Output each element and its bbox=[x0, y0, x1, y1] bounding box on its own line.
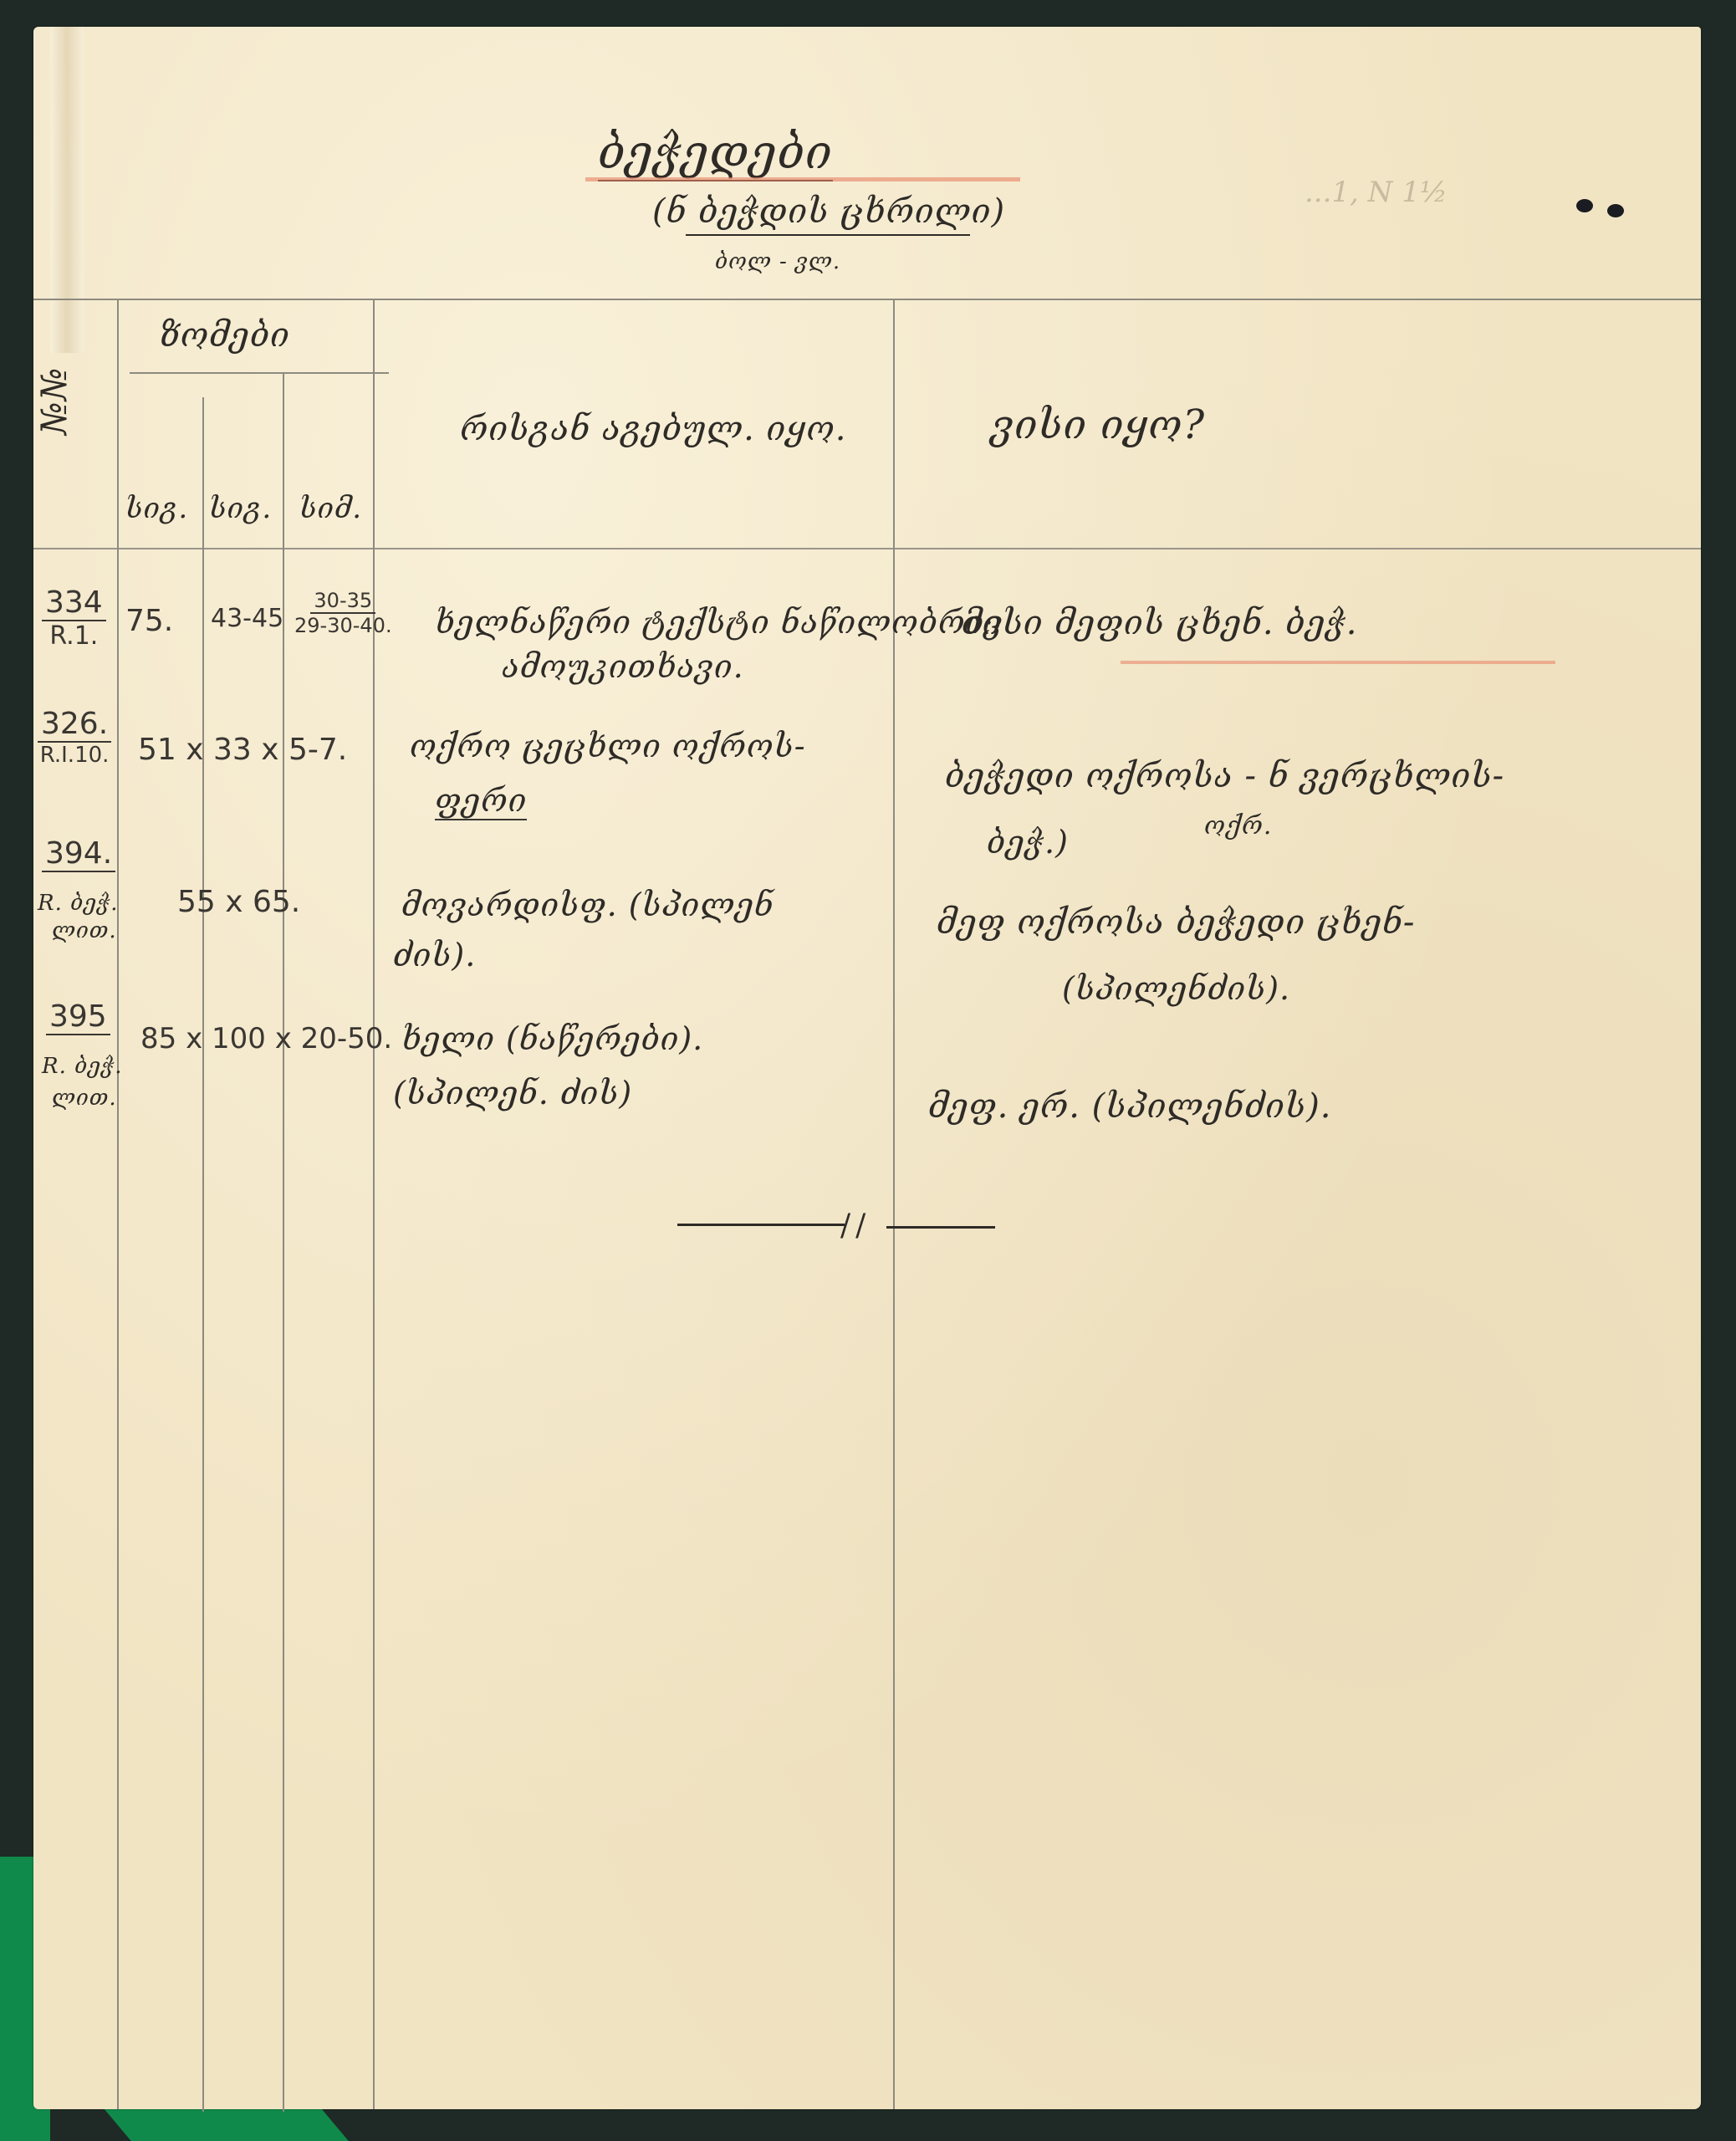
row2-number-bottom: R.I.10. bbox=[40, 743, 110, 768]
row1-dim2: 43-45 bbox=[211, 604, 283, 633]
row1-number: 334 R.1. bbox=[42, 585, 106, 651]
header-dimensions-group: ზომები bbox=[159, 316, 290, 355]
row3-description-line2: ძის). bbox=[393, 937, 476, 973]
row4-number-bottom-1: R. ბეჭ. bbox=[42, 1054, 123, 1079]
row4-number-top: 395 bbox=[46, 999, 110, 1035]
row3-number: 394. bbox=[42, 836, 115, 872]
header-dim-2: სიგ. bbox=[209, 492, 272, 525]
header-number-col: №№ bbox=[33, 367, 74, 436]
row4-number-bottom-2: ლით. bbox=[52, 1086, 117, 1111]
row2-origin-line2: ბეჭ.) bbox=[987, 824, 1069, 861]
row2-description-line1: ოქრო ცეცხლი ოქროს- bbox=[410, 728, 806, 764]
row1-dim3: 30-35 29-30-40. bbox=[294, 589, 392, 637]
row3-origin-line2: (სპილენძის). bbox=[1062, 970, 1290, 1007]
col-rule-dim2 bbox=[283, 372, 284, 2112]
backdrop-green-corner bbox=[103, 2108, 349, 2141]
row1-number-top: 334 bbox=[42, 585, 106, 621]
row3-number-bottom-1: R. ბეჭ. bbox=[38, 891, 119, 916]
row2-dimensions: 51 x 33 x 5-7. bbox=[138, 733, 347, 767]
col-rule-dim1 bbox=[202, 397, 204, 2112]
row4-number: 395 bbox=[46, 999, 110, 1035]
row4-description-line2: (სპილენ. ძის) bbox=[393, 1075, 632, 1111]
header-dim-1: სიგ. bbox=[125, 492, 188, 525]
end-of-list-mark-right bbox=[886, 1226, 995, 1229]
row1-dim3-bottom: 29-30-40. bbox=[294, 614, 392, 637]
row1-origin-red-underline bbox=[1121, 661, 1555, 664]
page-title: ბეჭედები bbox=[598, 125, 833, 181]
ink-dot bbox=[1576, 199, 1593, 212]
col-rule-description bbox=[893, 299, 895, 2109]
header-description-col: რისგან აგებულ. იყო. bbox=[460, 410, 847, 448]
ink-dot bbox=[1607, 204, 1624, 217]
row3-description-line1: მოვარდისფ. (სპილენ bbox=[401, 887, 774, 923]
row3-number-top: 394. bbox=[42, 836, 115, 872]
header-dim-3: სიმ. bbox=[299, 492, 362, 525]
title-red-underline bbox=[585, 177, 1020, 181]
row4-dimensions: 85 x 100 x 20-50. bbox=[140, 1022, 392, 1055]
row1-dim3-top: 30-35 bbox=[310, 589, 375, 614]
header-origin-col: ვისი იყო? bbox=[991, 401, 1205, 448]
row1-description-line2: ამოუკითხავი. bbox=[502, 648, 744, 685]
row1-description-line1: ხელნაწერი ტექსტი ნაწილობრივ bbox=[435, 604, 1003, 641]
end-of-list-ticks: // bbox=[840, 1208, 871, 1243]
row1-dim1: 75. bbox=[125, 604, 173, 638]
row2-origin-line1: ბეჭედი ოქროსა - ნ ვერცხლის- bbox=[945, 757, 1504, 795]
col-rule-dim3 bbox=[373, 299, 375, 2109]
subtitle-underline bbox=[686, 234, 970, 236]
col-rule-number bbox=[117, 299, 119, 2109]
row3-origin-line1: მეფ ოქროსა ბეჭედი ცხენ- bbox=[937, 903, 1415, 942]
end-of-list-mark-left bbox=[677, 1224, 845, 1226]
row2-origin-note: ოქრ. bbox=[1204, 811, 1272, 841]
row4-description-line1: ხელი (ნაწერები). bbox=[401, 1020, 703, 1057]
row2-number: 326. R.I.10. bbox=[38, 707, 111, 768]
row1-number-bottom: R.1. bbox=[49, 621, 98, 651]
row1-origin: მისი მეფის ცხენ. ბეჭ. bbox=[962, 604, 1358, 642]
table-top-rule bbox=[33, 299, 1701, 300]
dimensions-group-rule bbox=[130, 372, 389, 374]
pencil-note-top-right: ...1, N 1½ bbox=[1305, 176, 1448, 209]
page-subtitle: (ნ ბეჭდის ცხრილი) bbox=[652, 192, 1005, 231]
paper-fold-crease bbox=[50, 27, 84, 353]
row3-dimensions: 55 x 65. bbox=[177, 885, 300, 919]
row3-number-bottom-2: ლით. bbox=[52, 918, 117, 943]
row2-description-line2: ფერი bbox=[435, 782, 527, 820]
row2-number-top: 326. bbox=[38, 707, 111, 743]
row4-origin: მეფ. ერ. (სპილენძის). bbox=[928, 1087, 1332, 1126]
subtitle-note: ბოლ - ვლ. bbox=[715, 249, 840, 274]
